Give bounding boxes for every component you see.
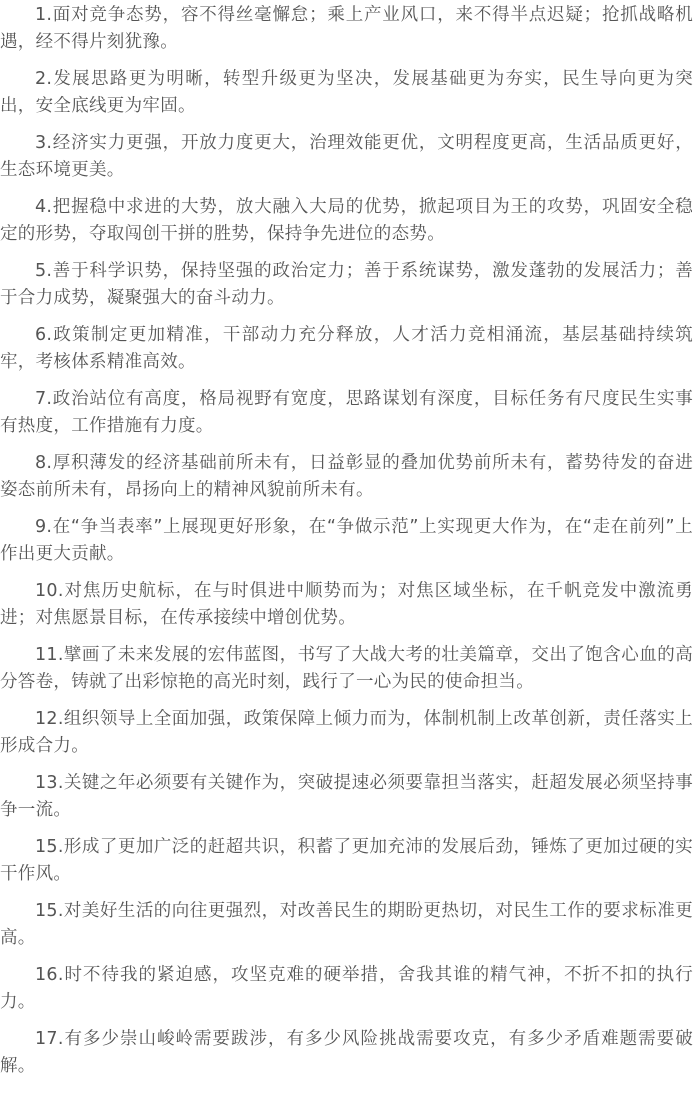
paragraph-12: 12.组织领导上全面加强，政策保障上倾力而为，体制机制上改革创新，责任落实上形成…: [0, 706, 693, 760]
paragraph-14: 15.形成了更加广泛的赶超共识，积蓄了更加充沛的发展后劲，锤炼了更加过硬的实干作…: [0, 834, 693, 888]
article-body: 1.面对竞争态势，容不得丝毫懈怠；乘上产业风口，来不得半点迟疑；抢抓战略机遇，经…: [0, 0, 693, 1080]
paragraph-10: 10.对焦历史航标，在与时俱进中顺势而为；对焦区域坐标，在千帆竞发中激流勇进；对…: [0, 578, 693, 632]
paragraph-6: 6.政策制定更加精准，干部动力充分释放，人才活力竞相涌流，基层基础持续筑牢，考核…: [0, 322, 693, 376]
paragraph-2: 2.发展思路更为明晰，转型升级更为坚决，发展基础更为夯实，民生导向更为突出，安全…: [0, 66, 693, 120]
paragraph-17: 17.有多少崇山峻岭需要跋涉，有多少风险挑战需要攻克，有多少矛盾难题需要破解。: [0, 1026, 693, 1080]
paragraph-5: 5.善于科学识势，保持坚强的政治定力；善于系统谋势，激发蓬勃的发展活力；善于合力…: [0, 258, 693, 312]
paragraph-7: 7.政治站位有高度，格局视野有宽度，思路谋划有深度，目标任务有尺度民生实事有热度…: [0, 386, 693, 440]
paragraph-9: 9.在“争当表率”上展现更好形象，在“争做示范”上实现更大作为，在“走在前列”上…: [0, 514, 693, 568]
paragraph-3: 3.经济实力更强，开放力度更大，治理效能更优，文明程度更高，生活品质更好，生态环…: [0, 130, 693, 184]
paragraph-1: 1.面对竞争态势，容不得丝毫懈怠；乘上产业风口，来不得半点迟疑；抢抓战略机遇，经…: [0, 2, 693, 56]
paragraph-11: 11.擘画了未来发展的宏伟蓝图，书写了大战大考的壮美篇章，交出了饱含心血的高分答…: [0, 642, 693, 696]
paragraph-4: 4.把握稳中求进的大势，放大融入大局的优势，掀起项目为王的攻势，巩固安全稳定的形…: [0, 194, 693, 248]
paragraph-16: 16.时不待我的紧迫感，攻坚克难的硬举措，舍我其谁的精气神，不折不扣的执行力。: [0, 962, 693, 1016]
paragraph-13: 13.关键之年必须要有关键作为，突破提速必须要靠担当落实，赶超发展必须坚持事争一…: [0, 770, 693, 824]
paragraph-15: 15.对美好生活的向往更强烈，对改善民生的期盼更热切，对民生工作的要求标准更高。: [0, 898, 693, 952]
paragraph-8: 8.厚积薄发的经济基础前所未有，日益彰显的叠加优势前所未有，蓄势待发的奋进姿态前…: [0, 450, 693, 504]
